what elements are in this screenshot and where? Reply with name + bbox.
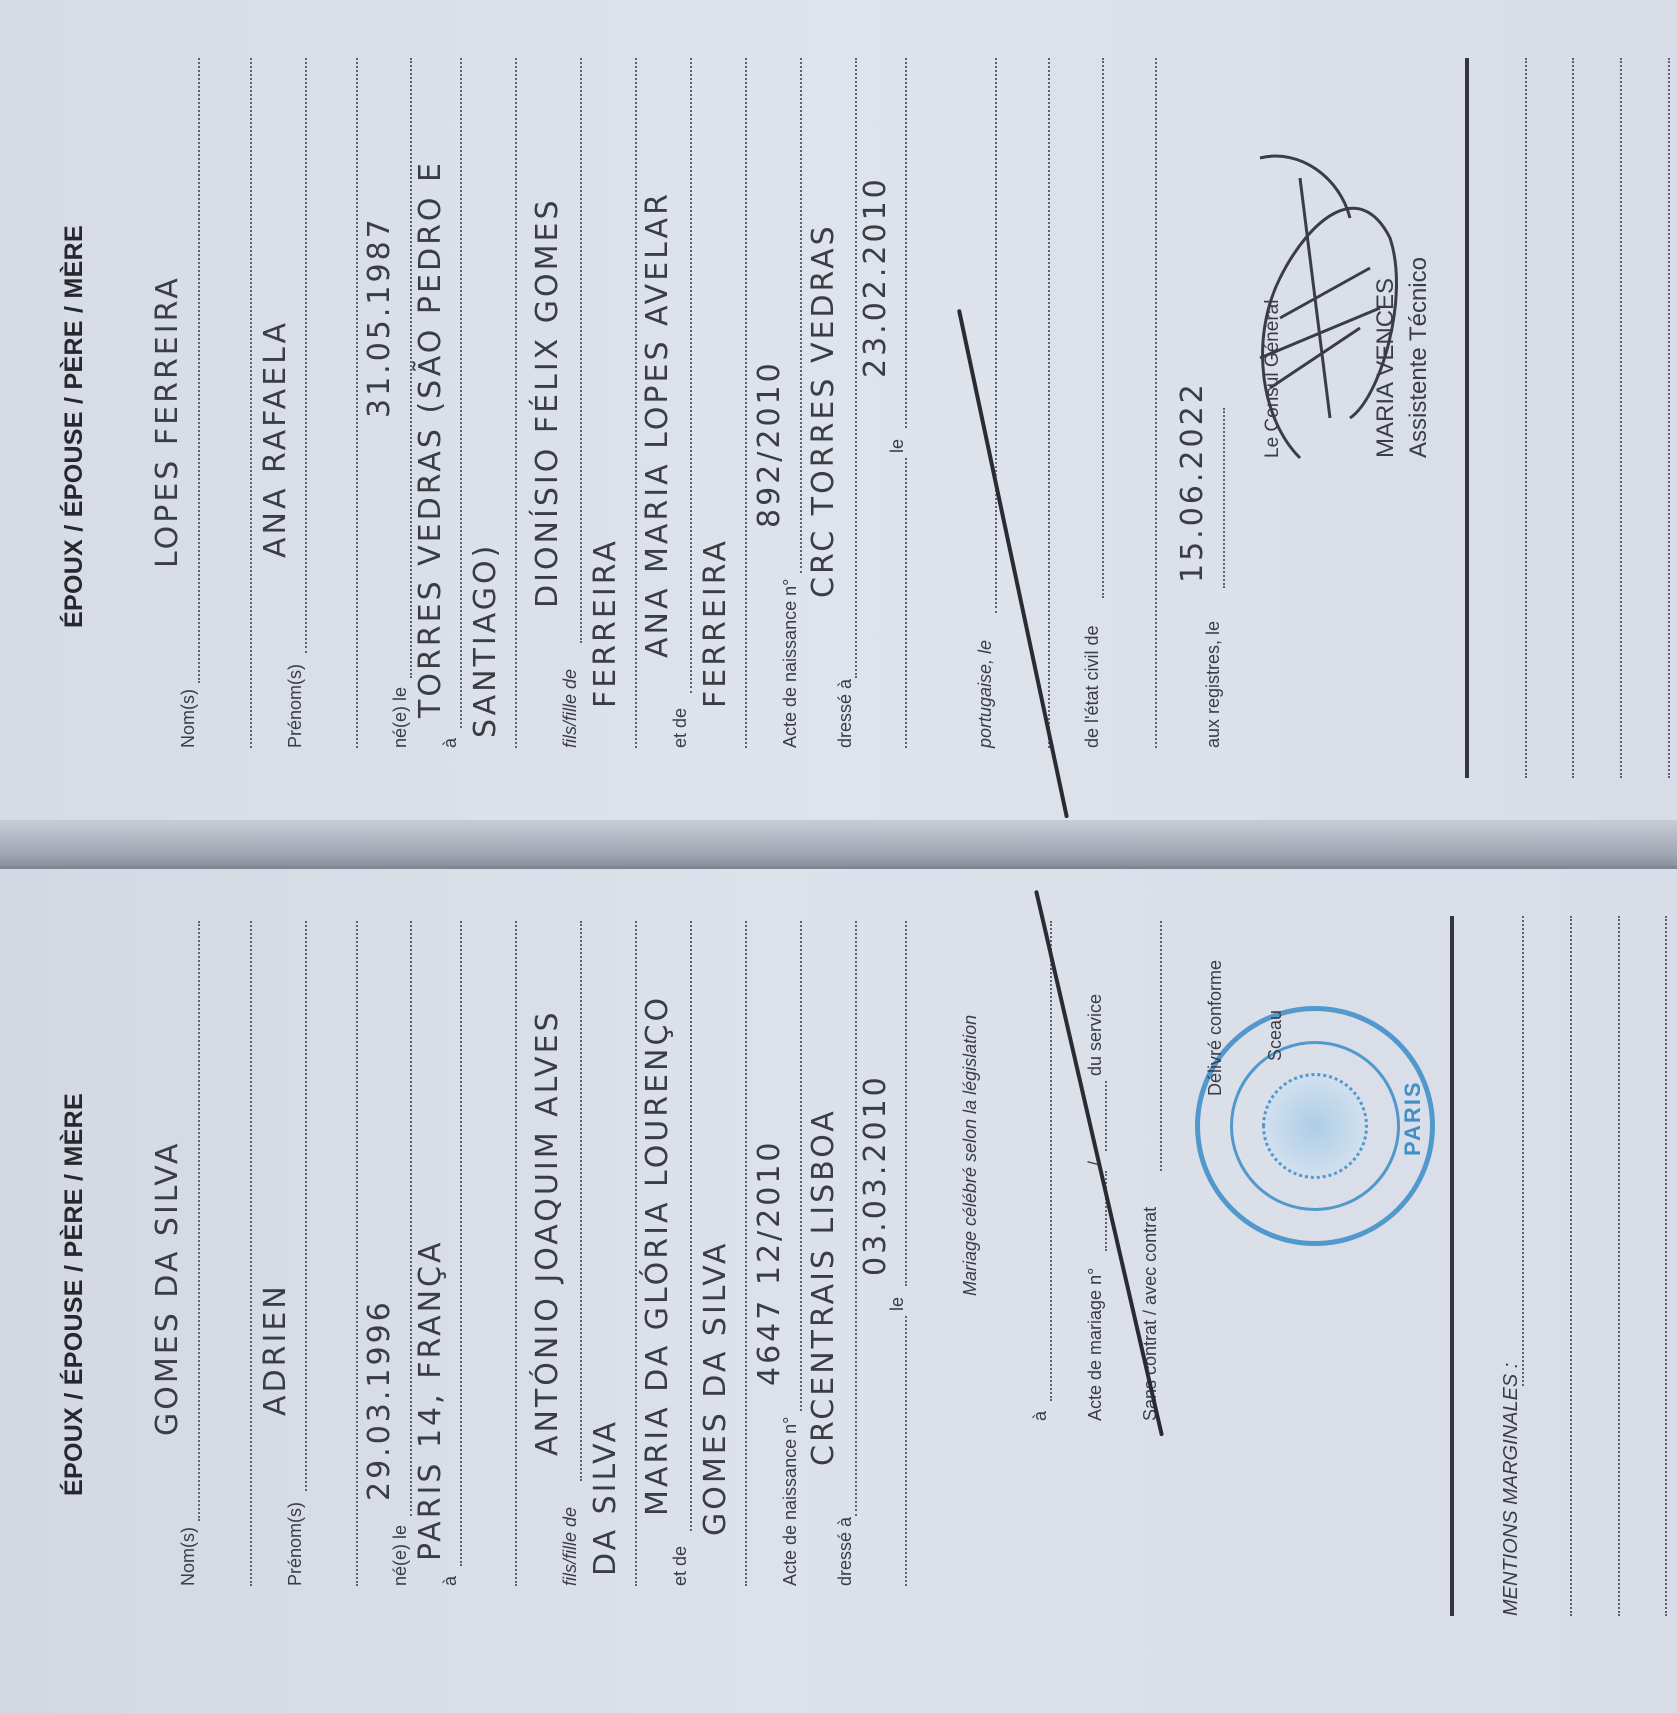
dotted-line bbox=[580, 58, 582, 643]
label-fils-fille-de: fils/fille de bbox=[560, 669, 581, 748]
epouse-dresse-le: 23.02.2010 bbox=[858, 176, 893, 378]
mention-line bbox=[1570, 916, 1572, 1616]
mention-line bbox=[1665, 916, 1667, 1616]
section-heading: ÉPOUX / ÉPOUSE / PÈRE / MÈRE bbox=[60, 225, 89, 628]
epoux-prenom: Adrien bbox=[258, 1283, 293, 1416]
strikethrough-line bbox=[957, 309, 1069, 818]
epouse-nom: Lopes Ferreira bbox=[150, 275, 185, 568]
section-heading: ÉPOUX / ÉPOUSE / PÈRE / MÈRE bbox=[60, 1093, 89, 1496]
label-aux-registres: aux registres, le bbox=[1203, 621, 1224, 748]
label-sceau: Sceau bbox=[1265, 1010, 1286, 1061]
dotted-line bbox=[250, 58, 252, 748]
section-divider bbox=[1465, 58, 1469, 778]
label-fils-fille-de: fils/fille de bbox=[560, 1507, 581, 1586]
dotted-line bbox=[635, 921, 637, 1586]
dotted-line bbox=[515, 58, 517, 748]
label-etat-civil: de l'état civil de bbox=[1082, 625, 1103, 748]
dotted-line bbox=[305, 58, 307, 653]
dotted-line bbox=[905, 458, 907, 748]
dotted-line bbox=[1105, 1081, 1107, 1151]
label-acte-naissance: Acte de naissance n° bbox=[780, 579, 801, 748]
epouse-dresse-a: CRC Torres Vedras bbox=[806, 223, 841, 598]
epouse-date-naissance: 31.05.1987 bbox=[362, 216, 397, 418]
mention-line bbox=[1522, 916, 1524, 1386]
signatory-name: MARIA VENCES bbox=[1372, 278, 1400, 458]
label-et-de: et de bbox=[670, 708, 691, 748]
date-registres: 15.06.2022 bbox=[1175, 381, 1210, 583]
dotted-line bbox=[1155, 58, 1157, 748]
mention-line bbox=[1620, 58, 1622, 778]
epouse-pere-1: Dionísio Félix Gomes bbox=[530, 198, 565, 609]
epouse-lieu-naissance-2: Santiago) bbox=[468, 543, 503, 738]
dotted-line bbox=[905, 1316, 907, 1586]
label-mentions-marginales: MENTIONS MARGINALES : bbox=[1500, 1363, 1523, 1616]
label-a: à bbox=[440, 738, 461, 748]
label-le: le bbox=[887, 439, 908, 453]
dotted-line bbox=[690, 921, 692, 1531]
dotted-line bbox=[690, 58, 692, 693]
dotted-line bbox=[995, 58, 997, 613]
epoux-dresse-le: 03.03.2010 bbox=[858, 1074, 893, 1276]
epoux-dresse-a: CRCentrais Lisboa bbox=[806, 1108, 841, 1466]
label-a-mariage: à bbox=[1030, 1411, 1051, 1421]
dotted-line bbox=[1050, 921, 1052, 1401]
label-prenom: Prénom(s) bbox=[285, 1502, 306, 1586]
mention-line bbox=[1668, 58, 1670, 778]
dotted-line bbox=[800, 921, 802, 1411]
coat-of-arms-icon bbox=[1262, 1073, 1368, 1179]
dotted-line bbox=[1160, 921, 1162, 1171]
dotted-line bbox=[198, 921, 200, 1521]
epoux-mere-2: Gomes da Silva bbox=[698, 1241, 733, 1536]
signatory-title: Assistente Técnico bbox=[1405, 257, 1433, 458]
epoux-pere-2: da Silva bbox=[588, 1419, 623, 1576]
mention-line bbox=[1525, 58, 1527, 778]
page-epouse: ÉPOUX / ÉPOUSE / PÈRE / MÈRE Nom(s) Lope… bbox=[0, 0, 1677, 858]
dotted-line bbox=[410, 58, 412, 678]
label-nom: Nom(s) bbox=[178, 1527, 199, 1586]
epoux-mere-1: Maria da Glória Lourenço bbox=[640, 995, 675, 1516]
dotted-line bbox=[1048, 58, 1050, 748]
label-mariage-celebre: Mariage célébré selon la législation bbox=[960, 1015, 981, 1296]
section-divider bbox=[1450, 916, 1454, 1616]
dotted-line bbox=[745, 921, 747, 1586]
dotted-line bbox=[410, 921, 412, 1516]
page-epoux: ÉPOUX / ÉPOUSE / PÈRE / MÈRE Nom(s) Gome… bbox=[0, 866, 1677, 1713]
dotted-line bbox=[356, 58, 358, 748]
epoux-nom: Gomes da Silva bbox=[150, 1141, 185, 1436]
label-et-de: et de bbox=[670, 1546, 691, 1586]
epouse-mere-2: Ferreira bbox=[698, 538, 733, 708]
dotted-line bbox=[745, 58, 747, 748]
dotted-line bbox=[460, 58, 462, 728]
dotted-line bbox=[635, 58, 637, 748]
mention-line bbox=[1572, 58, 1574, 778]
label-a: à bbox=[440, 1576, 461, 1586]
epouse-pere-2: Ferreira bbox=[588, 538, 623, 708]
label-prenom: Prénom(s) bbox=[285, 664, 306, 748]
dotted-line bbox=[250, 921, 252, 1586]
dotted-line bbox=[580, 921, 582, 1481]
epoux-lieu-naissance: Paris 14, França bbox=[413, 1239, 448, 1561]
mention-line bbox=[1618, 916, 1620, 1616]
dotted-line bbox=[905, 921, 907, 1286]
label-acte-mariage: Acte de mariage n° bbox=[1085, 1268, 1106, 1421]
epouse-prenom: Ana Rafaela bbox=[258, 320, 293, 558]
epouse-mere-1: Ana Maria Lopes Avelar bbox=[640, 191, 675, 658]
label-dresse-a: dressé à bbox=[835, 679, 856, 748]
dotted-line bbox=[356, 921, 358, 1586]
epouse-lieu-naissance-1: Torres Vedras (São Pedro e bbox=[413, 160, 448, 718]
label-delivre-conforme: Délivré conforme bbox=[1205, 960, 1226, 1096]
label-nom: Nom(s) bbox=[178, 689, 199, 748]
label-portugaise-le: portugaise, le bbox=[975, 640, 996, 748]
dotted-line bbox=[855, 921, 857, 1516]
stamp-city: PARIS bbox=[1400, 1080, 1426, 1156]
dotted-line bbox=[198, 58, 200, 683]
epoux-acte-naissance: 4647 12/2010 bbox=[752, 1139, 787, 1386]
label-ne-le: né(e) le bbox=[390, 1525, 411, 1586]
label-ne-le: né(e) le bbox=[390, 687, 411, 748]
page-fold bbox=[0, 820, 1677, 866]
dotted-line bbox=[1223, 408, 1225, 588]
epouse-acte-naissance: 892/2010 bbox=[752, 360, 787, 528]
dotted-line bbox=[800, 58, 802, 573]
dotted-line bbox=[905, 58, 907, 428]
label-du-service: du service bbox=[1085, 994, 1106, 1076]
dotted-line bbox=[460, 921, 462, 1566]
label-acte-naissance: Acte de naissance n° bbox=[780, 1417, 801, 1586]
dotted-line bbox=[515, 921, 517, 1586]
dotted-line bbox=[855, 58, 857, 678]
label-le: le bbox=[887, 1297, 908, 1311]
epoux-date-naissance: 29.03.1996 bbox=[362, 1299, 397, 1501]
dotted-line bbox=[1102, 58, 1104, 598]
label-dresse-a: dressé à bbox=[835, 1517, 856, 1586]
consulate-stamp bbox=[1195, 1006, 1435, 1246]
epoux-pere-1: António Joaquim Alves bbox=[530, 1009, 565, 1456]
dotted-line bbox=[305, 921, 307, 1491]
